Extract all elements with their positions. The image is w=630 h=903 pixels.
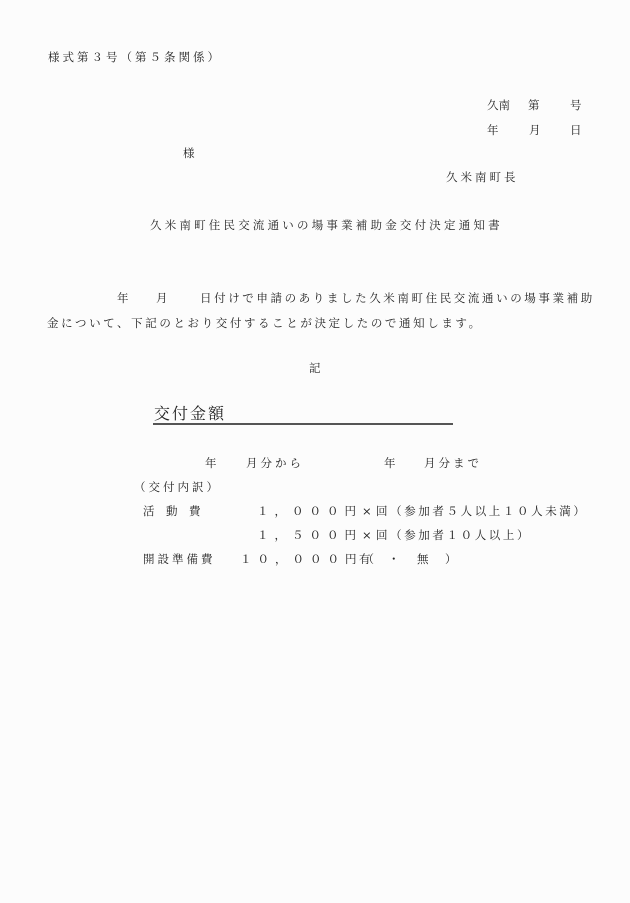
- body-line2: 金について、下記のとおり交付することが決定したので通知します。: [47, 318, 483, 330]
- choice-no: 無: [417, 554, 429, 566]
- body-line1: 日付けで申請のありました久米南町住民交流通いの場事業補助: [200, 293, 595, 305]
- document-title: 久米南町住民交流通いの場事業補助金交付決定通知書: [150, 220, 503, 232]
- breakdown-amount-2: １，５００円×: [257, 530, 378, 542]
- date-year: 年: [487, 125, 499, 137]
- form-label: 様式第３号（第５条関係）: [48, 52, 222, 64]
- reference-go: 号: [570, 100, 582, 112]
- reference-dai: 第: [528, 100, 540, 112]
- ki-marker: 記: [309, 363, 321, 375]
- choice-yes: 有: [359, 554, 371, 566]
- date-month: 月: [529, 125, 541, 137]
- breakdown-amount-1: １，０００円×: [257, 506, 378, 518]
- addressee-suffix: 様: [183, 148, 195, 160]
- breakdown-item-setup: 開設準備費: [143, 554, 216, 566]
- body-year: 年: [117, 293, 129, 305]
- issuer: 久米南町長: [446, 172, 519, 184]
- breakdown-times-2: 回（参加者１０人以上）: [376, 530, 531, 542]
- choice-separator: ・: [388, 554, 400, 566]
- breakdown-item-activity: 活 動 費: [143, 506, 201, 518]
- period-to-month: 月分まで: [424, 458, 482, 470]
- grant-amount-label: 交付金額: [154, 406, 226, 422]
- period-from-month: 月分から: [246, 458, 304, 470]
- choice-close: ）: [445, 554, 457, 566]
- grant-amount-underline: [153, 423, 453, 425]
- breakdown-times-1: 回（参加者５人以上１０人未満）: [376, 506, 588, 518]
- date-day: 日: [570, 125, 582, 137]
- breakdown-label: （交付内訳）: [134, 482, 221, 494]
- period-from-year: 年: [205, 458, 217, 470]
- reference-prefix: 久南: [487, 100, 510, 112]
- body-month: 月: [156, 293, 168, 305]
- period-to-year: 年: [384, 458, 396, 470]
